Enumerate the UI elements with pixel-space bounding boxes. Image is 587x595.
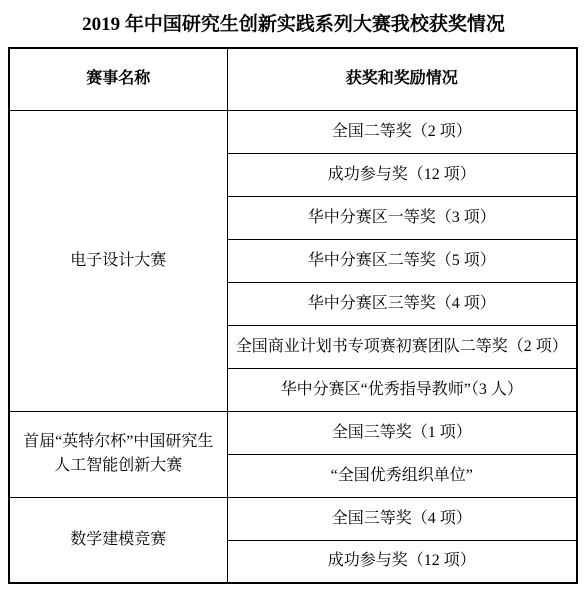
- award-cell: 全国三等奖（4 项）: [227, 497, 577, 540]
- column-header-awards: 获奖和奖励情况: [227, 48, 577, 110]
- award-cell: 华中分赛区二等奖（5 项）: [227, 239, 577, 282]
- page: 2019 年中国研究生创新实践系列大赛我校获奖情况 赛事名称 获奖和奖励情况 电…: [0, 9, 587, 584]
- award-cell: 成功参与奖（12 项）: [227, 153, 577, 196]
- award-cell: 全国二等奖（2 项）: [227, 110, 577, 153]
- award-cell: 华中分赛区一等奖（3 项）: [227, 196, 577, 239]
- award-cell: 全国商业计划书专项赛初赛团队二等奖（2 项）: [227, 325, 577, 368]
- competition-name-cell-intel-cup-ai: 首届“英特尔杯”中国研究生人工智能创新大赛: [9, 411, 227, 497]
- header-row: 赛事名称 获奖和奖励情况: [9, 48, 577, 110]
- award-cell: 华中分赛区三等奖（4 项）: [227, 282, 577, 325]
- award-cell: 成功参与奖（12 项）: [227, 540, 577, 583]
- table-row: 数学建模竞赛 全国三等奖（4 项）: [9, 497, 577, 540]
- award-cell: 全国三等奖（1 项）: [227, 411, 577, 454]
- column-header-competition: 赛事名称: [9, 48, 227, 110]
- competition-name-cell-electronic-design: 电子设计大赛: [9, 110, 227, 411]
- page-title: 2019 年中国研究生创新实践系列大赛我校获奖情况: [6, 9, 581, 36]
- awards-table: 赛事名称 获奖和奖励情况 电子设计大赛 全国二等奖（2 项） 成功参与奖（12 …: [8, 47, 578, 584]
- award-cell: “全国优秀组织单位”: [227, 454, 577, 497]
- competition-name-cell-math-modeling: 数学建模竞赛: [9, 497, 227, 583]
- award-cell: 华中分赛区“优秀指导教师”（3 人）: [227, 368, 577, 411]
- table-row: 首届“英特尔杯”中国研究生人工智能创新大赛 全国三等奖（1 项）: [9, 411, 577, 454]
- table-row: 电子设计大赛 全国二等奖（2 项）: [9, 110, 577, 153]
